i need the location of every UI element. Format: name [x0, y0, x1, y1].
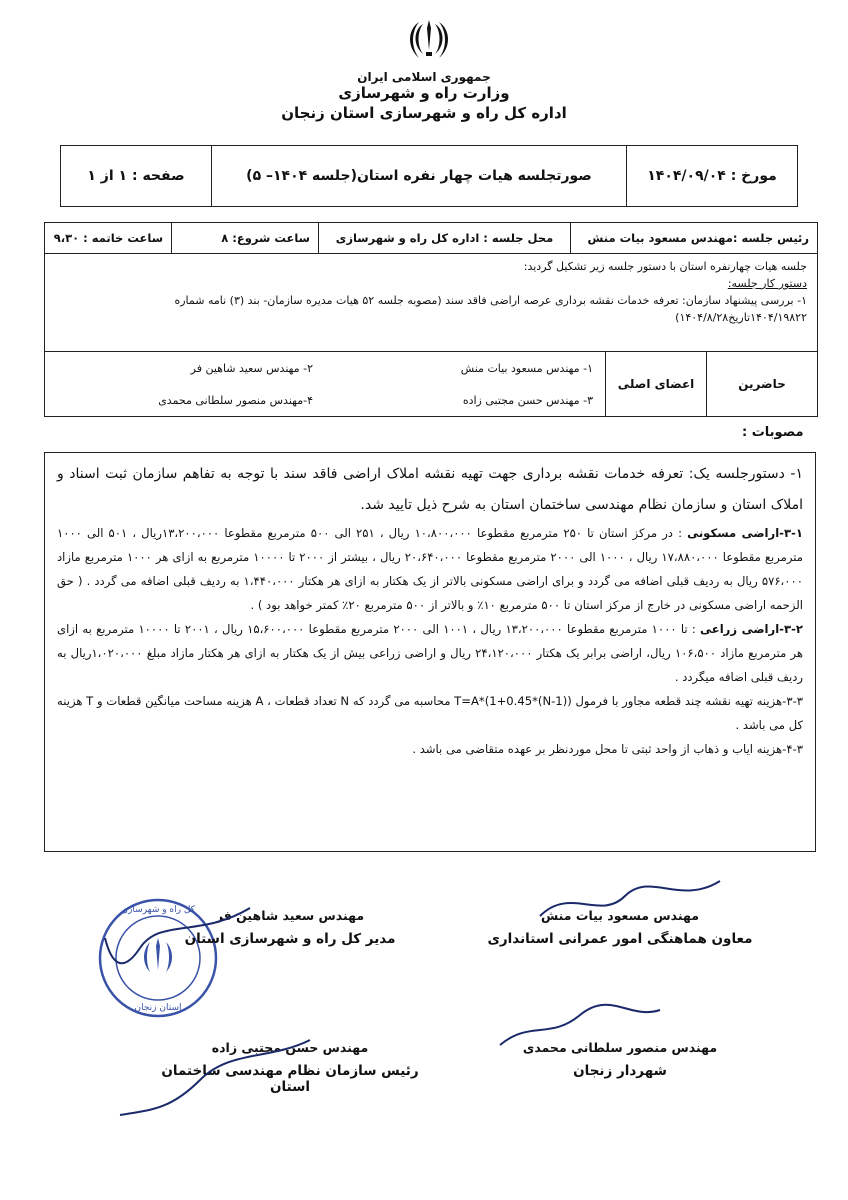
signature-scrawl-icon — [100, 898, 260, 968]
signature-block: مهندس حسن مجتبی زاده رئیس سازمان نظام مه… — [140, 1040, 440, 1095]
approval-item-label: ۳-۱-اراضی مسکونی — [687, 526, 803, 540]
approval-item-text: : تا ۱۰۰۰ مترمربع مقطوعا ۱۳،۲۰۰،۰۰۰ ریال… — [57, 622, 803, 684]
header-line-republic: جمهوری اسلامی ایران — [0, 70, 848, 84]
attendee-item: ۲- مهندس سعید شاهین فر — [45, 352, 325, 384]
document-title: صورتجلسه هیات چهار نفره استان(جلسه ۱۴۰۴–… — [211, 146, 626, 206]
approval-item-label: ۳-۲-اراضی زراعی — [700, 622, 803, 636]
approval-item-residential: ۳-۱-اراضی مسکونی : در مرکز استان تا ۲۵۰ … — [57, 521, 803, 617]
attendees-sublabel: اعضای اصلی — [605, 352, 706, 416]
signature-scrawl-icon — [490, 1000, 670, 1050]
agenda-item: ۱- بررسی پیشنهاد سازمان: تعرفه خدمات نقش… — [55, 292, 807, 326]
approvals-label: مصوبات : — [742, 425, 804, 440]
header-line-ministry: وزارت راه و شهرسازی — [0, 84, 848, 102]
signature-scrawl-icon — [110, 1030, 330, 1120]
attendees-label: حاضرین — [706, 352, 817, 416]
signature-block: مهندس مسعود بیات منش معاون هماهنگی امور … — [470, 908, 770, 947]
agenda-intro: جلسه هیات چهارنفره استان با دستور جلسه ز… — [55, 258, 807, 275]
title-box: مورخ : ۱۴۰۴/۰۹/۰۴ صورتجلسه هیات چهار نفر… — [60, 145, 798, 207]
svg-text:استان زنجان: استان زنجان — [135, 1003, 182, 1013]
approval-item-agricultural: ۳-۲-اراضی زراعی : تا ۱۰۰۰ مترمربع مقطوعا… — [57, 617, 803, 689]
approvals-box: ۱- دستورجلسه یک: تعرفه خدمات نقشه برداری… — [44, 452, 816, 852]
attendee-item: ۳- مهندس حسن مجتبی زاده — [325, 384, 605, 416]
approval-item-formula: ۳-۳-هزینه تهیه نقشه چند قطعه مجاور با فر… — [57, 689, 803, 737]
signature-block: مهندس سعید شاهین فر مدیر کل راه و شهرساز… — [140, 908, 440, 947]
meeting-end-time: ساعت خاتمه : ۹،۳۰ — [45, 223, 171, 253]
attendee-item: ۱- مهندس مسعود بیات منش — [325, 352, 605, 384]
attendees-box: حاضرین اعضای اصلی ۱- مهندس مسعود بیات من… — [44, 352, 818, 417]
signature-block: مهندس منصور سلطانی محمدی شهردار زنجان — [470, 1040, 770, 1079]
agenda-label: دستور کار جلسه: — [55, 275, 807, 292]
approval-intro: ۱- دستورجلسه یک: تعرفه خدمات نقشه برداری… — [57, 459, 803, 521]
header-line-department: اداره کل راه و شهرسازی استان زنجان — [0, 104, 848, 122]
meeting-info-box: رئیس جلسه :مهندس مسعود بیات منش محل جلسه… — [44, 222, 818, 352]
meeting-start-time: ساعت شروع: ۸ — [171, 223, 318, 253]
attendees-list: ۱- مهندس مسعود بیات منش ۲- مهندس سعید شا… — [45, 352, 605, 416]
agenda-section: جلسه هیات چهارنفره استان با دستور جلسه ز… — [45, 254, 817, 330]
page-number: صفحه : ۱ از ۱ — [61, 146, 211, 206]
meeting-place: محل جلسه : اداره کل راه و شهرسازی — [318, 223, 570, 253]
meeting-chair: رئیس جلسه :مهندس مسعود بیات منش — [570, 223, 817, 253]
iran-emblem-icon — [405, 14, 453, 64]
document-date: مورخ : ۱۴۰۴/۰۹/۰۴ — [626, 146, 797, 206]
signer-role: شهردار زنجان — [470, 1063, 770, 1079]
attendee-item: ۴-مهندس منصور سلطانی محمدی — [45, 384, 325, 416]
meeting-info-row: رئیس جلسه :مهندس مسعود بیات منش محل جلسه… — [45, 223, 817, 254]
signer-role: معاون هماهنگی امور عمرانی استانداری — [470, 931, 770, 947]
approval-item-travel: ۴-۳-هزینه ایاب و ذهاب از واحد ثبتی تا مح… — [57, 737, 803, 761]
signature-scrawl-icon — [530, 876, 730, 926]
